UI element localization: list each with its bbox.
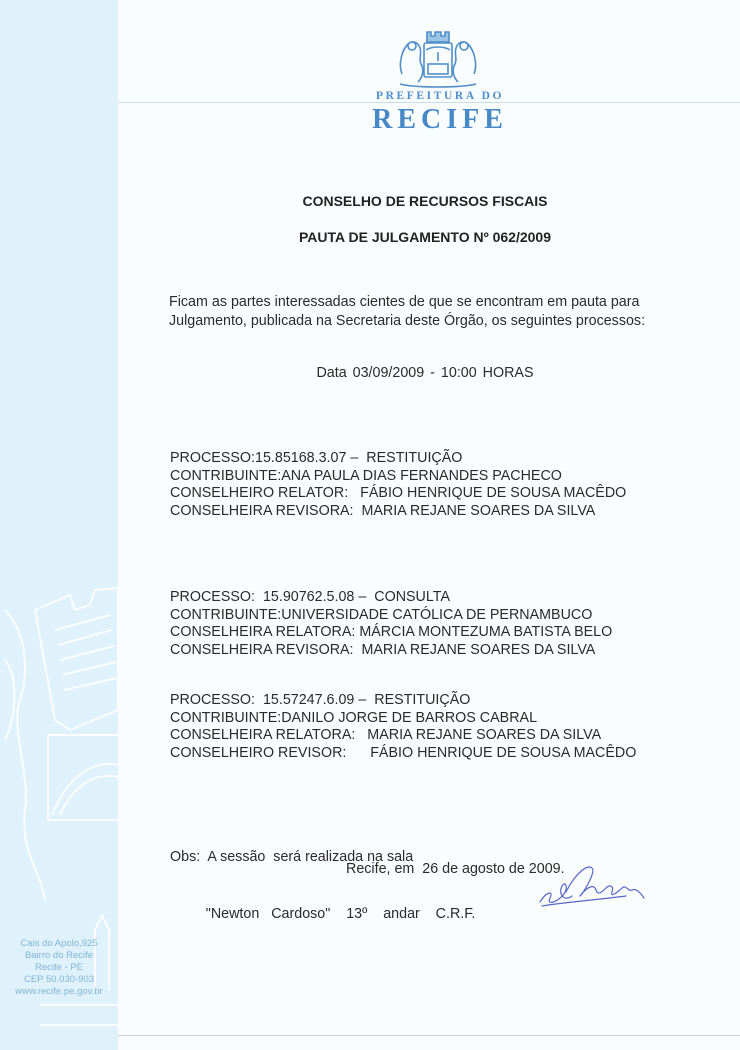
process-reviewer: CONSELHEIRA REVISORA: MARIA REJANE SOARE…: [170, 503, 690, 521]
session-date: Data 03/09/2009 - 10:00 HORAS: [170, 365, 680, 381]
process-entry: PROCESSO: 15.57247.6.09 – RESTITUIÇÃO CO…: [170, 692, 690, 762]
process-number: PROCESSO: 15.57247.6.09 – RESTITUIÇÃO: [170, 692, 690, 710]
process-entry: PROCESSO: 15.90762.5.08 – CONSULTA CONTR…: [170, 589, 690, 659]
process-rapporteur: CONSELHEIRA RELATORA: MÁRCIA MONTEZUMA B…: [170, 624, 690, 642]
letterhead-city: RECIFE: [360, 104, 520, 136]
organ-heading: CONSELHO DE RECURSOS FISCAIS: [170, 193, 680, 209]
process-number: PROCESSO:15.85168.3.07 – RESTITUIÇÃO: [170, 450, 690, 468]
address-line: Bairro do Recife: [0, 950, 118, 962]
intro-line: Ficam as partes interessadas cientes de …: [169, 293, 689, 312]
coat-of-arms-icon: [396, 28, 480, 90]
process-taxpayer: CONTRIBUINTE:DANILO JORGE DE BARROS CABR…: [170, 710, 690, 728]
address-block: Cais do Apolo,925 Bairro do Recife Recif…: [0, 938, 118, 998]
address-line: CEP 50.030-903: [0, 974, 118, 986]
website-link[interactable]: www.recife.pe.gov.br: [0, 986, 118, 998]
process-rapporteur: CONSELHEIRA RELATORA: MARIA REJANE SOARE…: [170, 727, 690, 745]
letterhead-prefeitura: PREFEITURA DO: [360, 90, 520, 102]
address-line: Recife - PE: [0, 962, 118, 974]
intro-paragraph: Ficam as partes interessadas cientes de …: [169, 293, 689, 331]
intro-line: Julgamento, publicada na Secretaria dest…: [169, 312, 689, 331]
process-entry: PROCESSO:15.85168.3.07 – RESTITUIÇÃO CON…: [170, 450, 690, 520]
place-and-date: Recife, em 26 de agosto de 2009.: [346, 861, 565, 877]
sidebar-strip: Cais do Apolo,925 Bairro do Recife Recif…: [0, 0, 118, 1050]
process-reviewer: CONSELHEIRA REVISORA: MARIA REJANE SOARE…: [170, 642, 690, 660]
process-taxpayer: CONTRIBUINTE:UNIVERSIDADE CATÓLICA DE PE…: [170, 607, 690, 625]
process-rapporteur: CONSELHEIRO RELATOR: FÁBIO HENRIQUE DE S…: [170, 485, 690, 503]
footer-rule: [118, 1035, 740, 1036]
process-reviewer: CONSELHEIRO REVISOR: FÁBIO HENRIQUE DE S…: [170, 745, 690, 763]
header-rule: [118, 102, 740, 103]
address-line: Cais do Apolo,925: [0, 938, 118, 950]
signature-icon: [536, 862, 652, 908]
process-taxpayer: CONTRIBUINTE:ANA PAULA DIAS FERNANDES PA…: [170, 468, 690, 486]
process-number: PROCESSO: 15.90762.5.08 – CONSULTA: [170, 589, 690, 607]
page-title: PAUTA DE JULGAMENTO Nº 062/2009: [170, 229, 680, 245]
obs-line: "Newton Cardoso" 13º andar C.R.F.: [170, 905, 475, 924]
